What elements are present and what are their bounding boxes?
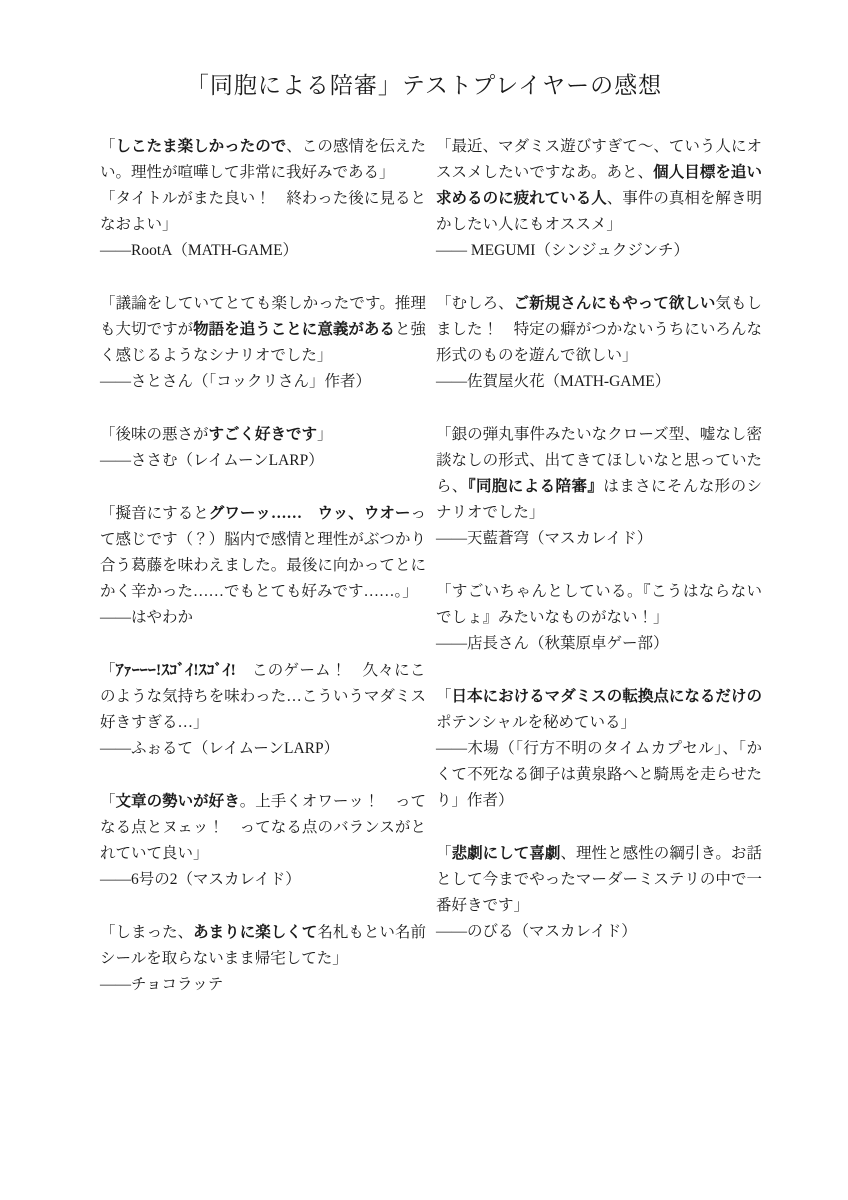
quote-text: 「悲劇にして喜劇、理性と感性の綱引き。お話として今までやったマーダーミステリの中… bbox=[436, 841, 762, 919]
quote-segment: 「 bbox=[436, 845, 452, 862]
quote-attribution: ——のびる（マスカレイド） bbox=[436, 919, 762, 945]
quote-segment: 「すごいちゃんとしている。『こうはならないでしょ』みたいなものがない！」 bbox=[436, 583, 762, 626]
quote-segment: 「擬音にすると bbox=[100, 505, 209, 522]
quote-attribution: ——ふぉるて（レイムーンLARP） bbox=[100, 736, 426, 762]
right-column: 「最近、マダミス遊びすぎて～、ていう人にオススメしたいですなあ。あと、個人目標を… bbox=[436, 134, 762, 1025]
quote-block: 「日本におけるマダミスの転換点になるだけのポテンシャルを秘めている」——木場（「… bbox=[436, 684, 762, 814]
quote-text: 「最近、マダミス遊びすぎて～、ていう人にオススメしたいですなあ。あと、個人目標を… bbox=[436, 134, 762, 238]
quote-attribution: ——6号の2（マスカレイド） bbox=[100, 867, 426, 893]
quote-segment-bold: 悲劇にして喜劇 bbox=[452, 845, 561, 862]
quote-text: 「タイトルがまた良い！ 終わった後に見るとなおよい」 bbox=[100, 186, 426, 238]
quote-attribution: ——はやわか bbox=[100, 605, 426, 631]
quote-text: 「後味の悪さがすごく好きです」 bbox=[100, 422, 426, 448]
quote-segment-bold: すごく好きです bbox=[209, 426, 318, 443]
quote-attribution: ——佐賀屋火花（MATH-GAME） bbox=[436, 369, 762, 395]
quote-segment: 「 bbox=[100, 662, 116, 679]
quote-text: 「むしろ、ご新規さんにもやって欲しい気もしました！ 特定の癖がつかないうちにいろ… bbox=[436, 291, 762, 369]
quote-segment-bold: ご新規さんにもやって欲しい bbox=[514, 295, 716, 312]
quote-segment-bold: ｱｧｰｰｰ!ｽｺﾞｲ!ｽｺﾞｲ! bbox=[116, 662, 236, 679]
quote-text: 「銀の弾丸事件みたいなクローズ型、嘘なし密談なしの形式、出てきてほしいなと思って… bbox=[436, 422, 762, 526]
quote-block: 「最近、マダミス遊びすぎて～、ていう人にオススメしたいですなあ。あと、個人目標を… bbox=[436, 134, 762, 264]
left-column: 「しこたま楽しかったので、この感情を伝えたい。理性が喧嘩して非常に我好みである」… bbox=[100, 134, 426, 1025]
quote-attribution: ——店長さん（秋葉原卓ゲー部） bbox=[436, 631, 762, 657]
quote-text: 「擬音にするとグワーッ…… ウッ、ウオーって感じです（？）脳内で感情と理性がぶつ… bbox=[100, 501, 426, 605]
quote-segment: 「 bbox=[100, 138, 116, 155]
quote-text: 「すごいちゃんとしている。『こうはならないでしょ』みたいなものがない！」 bbox=[436, 579, 762, 631]
quote-block: 「すごいちゃんとしている。『こうはならないでしょ』みたいなものがない！」——店長… bbox=[436, 579, 762, 657]
quote-block: 「議論をしていてとても楽しかったです。推理も大切ですが物語を追うことに意義がある… bbox=[100, 291, 426, 395]
quote-segment: ポテンシャルを秘めている」 bbox=[436, 714, 636, 731]
quote-attribution: ——木場（「行方不明のタイムカプセル」、「かくて不死なる御子は黄泉路へと騎馬を走… bbox=[436, 736, 762, 814]
page: 「同胞による陪審」テストプレイヤーの感想 「しこたま楽しかったので、この感情を伝… bbox=[0, 0, 848, 1200]
quote-text: 「しまった、あまりに楽しくて名札もとい名前シールを取らないまま帰宅してた」 bbox=[100, 920, 426, 972]
quote-attribution: ——チョコラッテ bbox=[100, 972, 426, 998]
quote-segment: 「しまった、 bbox=[100, 924, 193, 941]
quote-segment-bold: あまりに楽しくて bbox=[193, 924, 317, 941]
quote-segment: 「タイトルがまた良い！ 終わった後に見るとなおよい」 bbox=[100, 190, 426, 233]
quote-block: 「擬音にするとグワーッ…… ウッ、ウオーって感じです（？）脳内で感情と理性がぶつ… bbox=[100, 501, 426, 631]
quote-block: 「しこたま楽しかったので、この感情を伝えたい。理性が喧嘩して非常に我好みである」… bbox=[100, 134, 426, 264]
quote-segment-bold: グワーッ…… ウッ、ウオー bbox=[209, 505, 411, 522]
quote-segment-bold: 『同胞による陪審』 bbox=[468, 478, 603, 495]
quote-segment-bold: 日本におけるマダミスの転換点になるだけの bbox=[452, 688, 762, 705]
quote-attribution: —— MEGUMI（シンジュクジンチ） bbox=[436, 238, 762, 264]
testimonial-columns: 「しこたま楽しかったので、この感情を伝えたい。理性が喧嘩して非常に我好みである」… bbox=[0, 134, 848, 1025]
quote-segment-bold: 文章の勢いが好き bbox=[116, 793, 240, 810]
quote-block: 「文章の勢いが好き。上手くオワーッ！ ってなる点とヌェッ！ ってなる点のバランス… bbox=[100, 789, 426, 893]
quote-segment: 」 bbox=[317, 426, 333, 443]
quote-block: 「むしろ、ご新規さんにもやって欲しい気もしました！ 特定の癖がつかないうちにいろ… bbox=[436, 291, 762, 395]
quote-segment-bold: しこたま楽しかったので bbox=[116, 138, 287, 155]
quote-attribution: ——さとさん（「コックリさん」作者） bbox=[100, 369, 426, 395]
quote-attribution: ——RootA（MATH-GAME） bbox=[100, 238, 426, 264]
quote-segment-bold: 物語を追うことに意義がある bbox=[193, 321, 395, 338]
quote-text: 「議論をしていてとても楽しかったです。推理も大切ですが物語を追うことに意義がある… bbox=[100, 291, 426, 369]
quote-text: 「ｱｧｰｰｰ!ｽｺﾞｲ!ｽｺﾞｲ! このゲーム！ 久々にこのような気持ちを味わっ… bbox=[100, 658, 426, 736]
quote-segment: 「 bbox=[436, 688, 452, 705]
quote-block: 「後味の悪さがすごく好きです」——ささむ（レイムーンLARP） bbox=[100, 422, 426, 474]
quote-block: 「悲劇にして喜劇、理性と感性の綱引き。お話として今までやったマーダーミステリの中… bbox=[436, 841, 762, 945]
quote-attribution: ——天藍蒼穹（マスカレイド） bbox=[436, 526, 762, 552]
quote-segment: 「むしろ、 bbox=[436, 295, 514, 312]
quote-text: 「しこたま楽しかったので、この感情を伝えたい。理性が喧嘩して非常に我好みである」 bbox=[100, 134, 426, 186]
page-title: 「同胞による陪審」テストプレイヤーの感想 bbox=[0, 0, 848, 102]
quote-block: 「銀の弾丸事件みたいなクローズ型、嘘なし密談なしの形式、出てきてほしいなと思って… bbox=[436, 422, 762, 552]
quote-block: 「しまった、あまりに楽しくて名札もとい名前シールを取らないまま帰宅してた」——チ… bbox=[100, 920, 426, 998]
quote-text: 「文章の勢いが好き。上手くオワーッ！ ってなる点とヌェッ！ ってなる点のバランス… bbox=[100, 789, 426, 867]
quote-segment: 「後味の悪さが bbox=[100, 426, 209, 443]
quote-segment: 「 bbox=[100, 793, 116, 810]
quote-text: 「日本におけるマダミスの転換点になるだけのポテンシャルを秘めている」 bbox=[436, 684, 762, 736]
quote-attribution: ——ささむ（レイムーンLARP） bbox=[100, 448, 426, 474]
quote-block: 「ｱｧｰｰｰ!ｽｺﾞｲ!ｽｺﾞｲ! このゲーム！ 久々にこのような気持ちを味わっ… bbox=[100, 658, 426, 762]
